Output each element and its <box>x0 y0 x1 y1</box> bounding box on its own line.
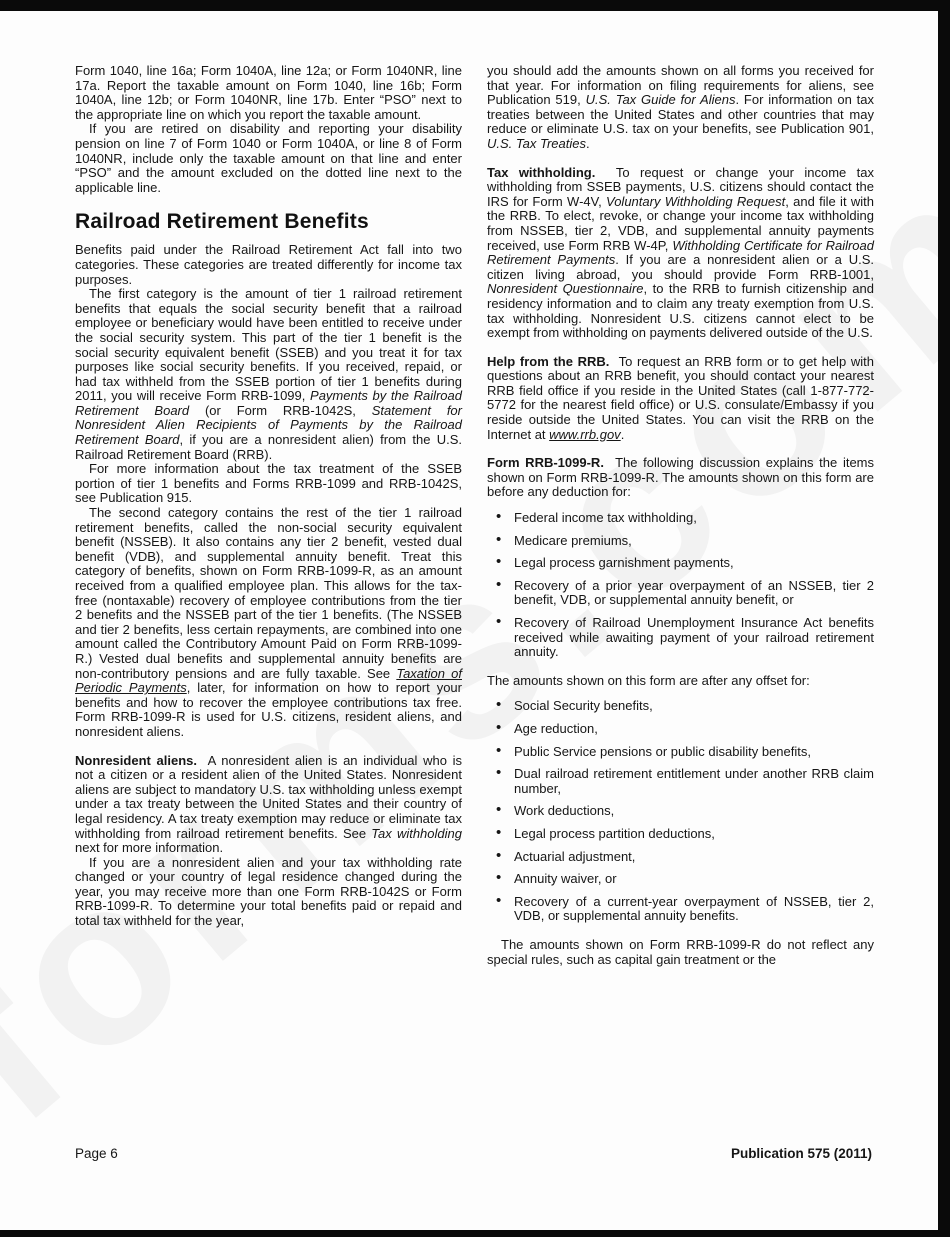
para-disability-pso: If you are retired on disability and rep… <box>75 122 462 195</box>
list-item: Medicare premiums, <box>487 534 874 549</box>
list-item: Annuity waiver, or <box>487 872 874 887</box>
para-help-from-rrb: Help from the RRB. To request an RRB for… <box>487 355 874 443</box>
list-item: Legal process partition deductions, <box>487 827 874 842</box>
heading-railroad-retirement-benefits: Railroad Retirement Benefits <box>75 210 462 234</box>
page-footer: Page 6 Publication 575 (2011) <box>75 1146 872 1161</box>
scan-artifact-right-bar <box>938 0 950 1237</box>
para-form-1040-reporting: Form 1040, line 16a; Form 1040A, line 12… <box>75 64 462 122</box>
publication-title: Publication 575 (2011) <box>731 1146 872 1161</box>
list-item: Federal income tax withholding, <box>487 511 874 526</box>
list-item: Public Service pensions or public disabi… <box>487 745 874 760</box>
para-first-category-sseb: The first category is the amount of tier… <box>75 287 462 462</box>
list-offsets: Social Security benefits,Age reduction,P… <box>487 699 874 924</box>
para-form-rrb-1099-r: Form RRB-1099-R. The following discussio… <box>487 456 874 500</box>
para-after-offset: The amounts shown on this form are after… <box>487 674 874 689</box>
list-item: Legal process garnishment payments, <box>487 556 874 571</box>
para-no-special-rules: The amounts shown on Form RRB-1099-R do … <box>487 938 874 967</box>
para-multiple-forms: If you are a nonresident alien and your … <box>75 856 462 929</box>
para-second-category-nsseb: The second category contains the rest of… <box>75 506 462 740</box>
list-item: Age reduction, <box>487 722 874 737</box>
list-item: Dual railroad retirement entitlement und… <box>487 767 874 796</box>
para-nonresident-aliens: Nonresident aliens. A nonresident alien … <box>75 754 462 856</box>
right-column: you should add the amounts shown on all … <box>487 64 874 967</box>
scan-artifact-top-bar <box>0 0 950 11</box>
list-deductions: Federal income tax withholding,Medicare … <box>487 511 874 660</box>
list-item: Recovery of a current-year overpayment o… <box>487 895 874 924</box>
list-item: Recovery of a prior year overpayment of … <box>487 579 874 608</box>
para-tax-withholding: Tax withholding. To request or change yo… <box>487 166 874 341</box>
scan-artifact-bottom-bar <box>0 1230 950 1237</box>
list-item: Recovery of Railroad Unemployment Insura… <box>487 616 874 660</box>
left-column: Form 1040, line 16a; Form 1040A, line 12… <box>75 64 462 929</box>
list-item: Work deductions, <box>487 804 874 819</box>
para-add-amounts: you should add the amounts shown on all … <box>487 64 874 152</box>
list-item: Social Security benefits, <box>487 699 874 714</box>
para-two-categories: Benefits paid under the Railroad Retirem… <box>75 243 462 287</box>
list-item: Actuarial adjustment, <box>487 850 874 865</box>
para-more-info-pub-915: For more information about the tax treat… <box>75 462 462 506</box>
page-number: Page 6 <box>75 1146 118 1161</box>
